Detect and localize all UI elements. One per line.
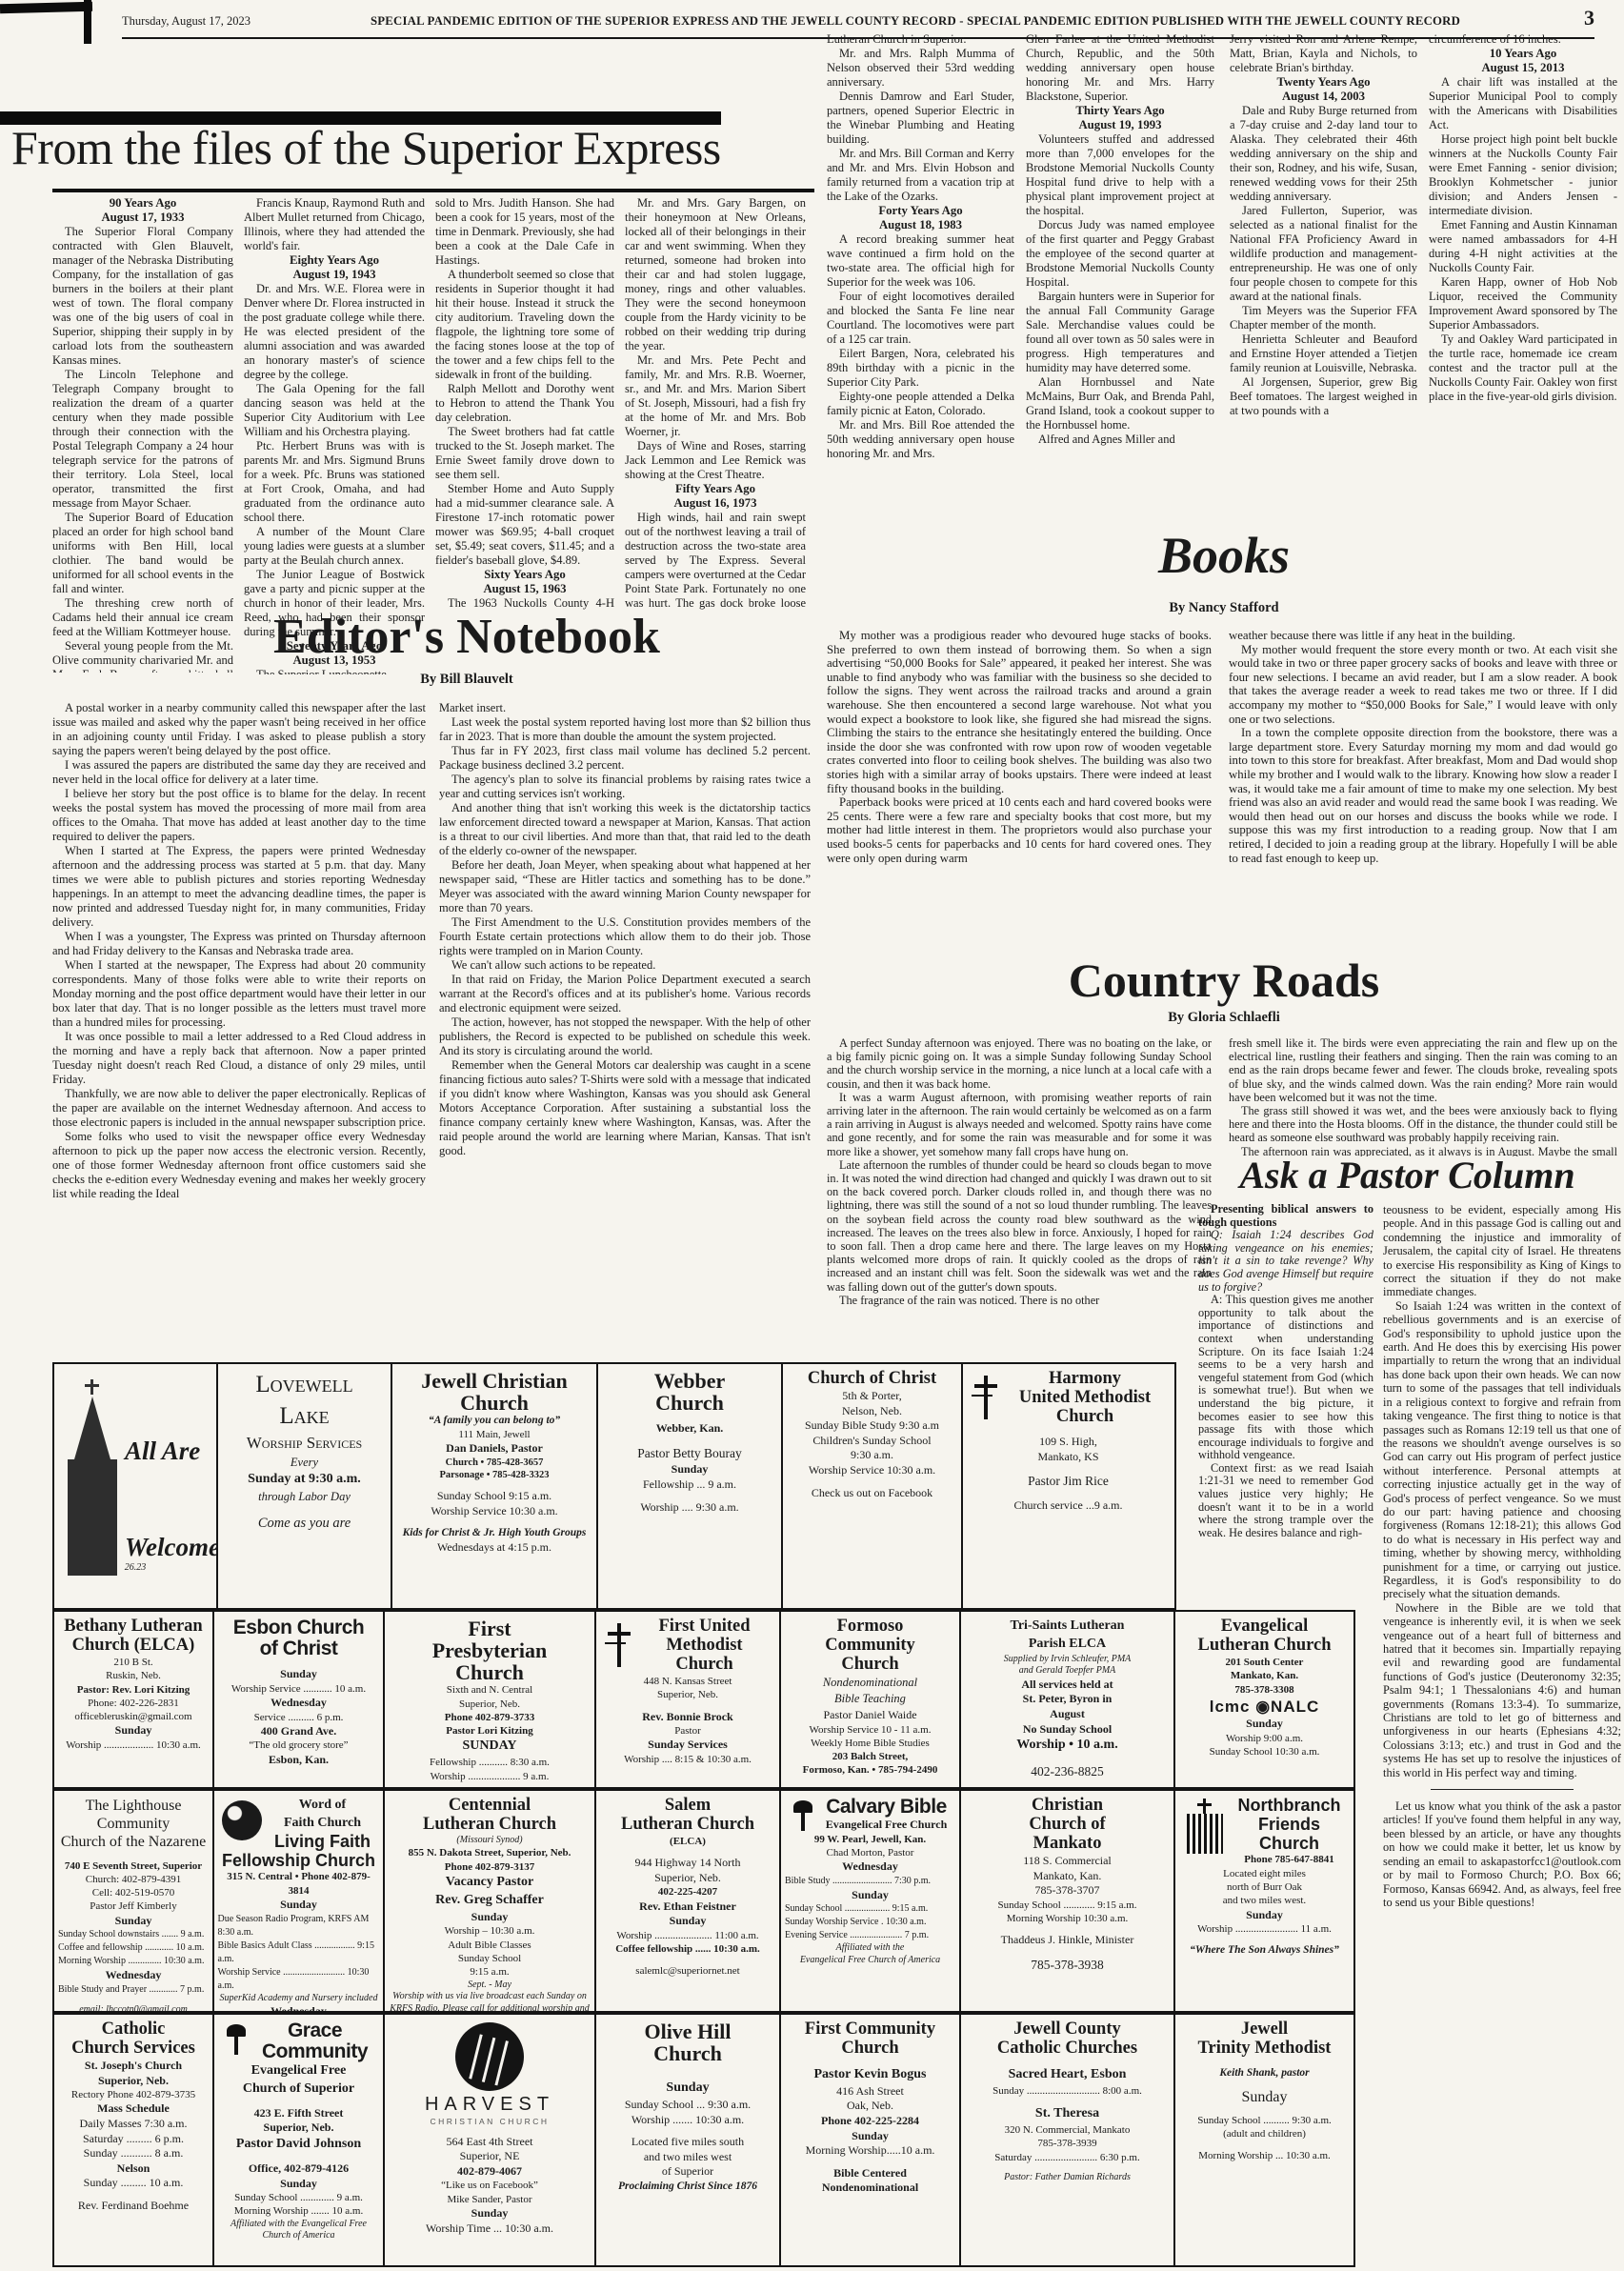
umc-icon [603,1623,632,1667]
ad-line: Vacancy Pastor [389,1874,591,1892]
ad-line: Sunday [218,2177,380,2192]
country-roads-byline: By Gloria Schlaefli [857,1010,1591,1026]
ad-line: Bible Teaching [785,1691,955,1708]
editors-notebook-byline: By Bill Blauvelt [171,672,762,688]
ad-line: Bible Study and Prayer ............ 7 p.… [58,1983,209,1997]
ad-line: of Christ [218,1638,380,1659]
ad-line [600,2127,776,2135]
ad-line [965,2164,1171,2172]
ad-line: 944 Highway 14 North [600,1856,776,1871]
editors-notebook-title: Editor's Notebook [171,609,762,665]
paragraph: The Lincoln Telephone and Telegraph Comp… [52,368,233,511]
ad-line: 9:30 a.m. [787,1448,957,1463]
ad-line: Sunday School ............ 9:15 a.m. [965,1899,1171,1912]
paragraph: Ptc. Herbert Bruns was with is parents M… [244,439,425,525]
paragraph: Lutheran Church in Superior. [827,32,1014,47]
ad-line: Church of Superior [218,2080,380,2099]
ad-line: 315 N. Central • Phone 402-879-3814 [218,1870,380,1898]
paragraph: Glen Farlee at the United Methodist Chur… [1026,32,1214,104]
masthead-title: SPECIAL PANDEMIC EDITION OF THE SUPERIOR… [289,14,1542,29]
books-title: Books [857,526,1591,585]
ad-line: Sunday [58,1723,209,1738]
church-ad: Olive HillChurchSundaySunday School ... … [594,2013,782,2267]
ad-line: 423 E. Fifth Street [218,2106,380,2121]
paragraph: Eighty-one people attended a Delka famil… [827,390,1014,418]
church-ad: ChristianChurch ofMankato118 S. Commerci… [959,1789,1176,2013]
paragraph: weather because there was little if any … [1229,629,1617,643]
ad-line: Parsonage • 785-428-3323 [396,1469,592,1481]
ad-line: Christian [965,1797,1171,1816]
church-ad: HarmonyUnited MethodistChurch109 S. High… [961,1362,1176,1610]
ad-line: Saturday ........................ 6:30 p… [965,2151,1171,2164]
ad-line [1179,2080,1350,2088]
from-files-col4: Mr. and Mrs. Gary Bargen, on their honey… [625,196,806,612]
ad-line [389,2127,591,2135]
paragraph: The agency's plan to solve its financial… [439,773,811,801]
ad-line [396,1518,592,1526]
paragraph: When I was a youngster, The Express was … [52,930,426,958]
ad-line: Lutheran Church [1179,1637,1350,1656]
paragraph: Dale and Ruby Burge returned from a 7-da… [1230,104,1417,204]
church-ad: SalemLutheran Church(ELCA)944 Highway 14… [594,1789,782,2013]
paragraph: Ty and Oakley Ward participated in the t… [1429,332,1617,404]
paragraph: Q: Isaiah 1:24 describes God taking veng… [1198,1229,1373,1294]
ad-line: Wednesdays at 4:15 p.m. [396,1540,592,1556]
ad-line: Jewell [1179,2020,1350,2040]
ad-line: Church of the Nazarene [58,1833,209,1851]
paragraph: Volunteers stuffed and addressed more th… [1026,132,1214,218]
ad-line: Evangelical Free Church of America [785,1955,955,1967]
ad-line: Evangelical [1179,1618,1350,1637]
paragraph: A thunderbolt seemed so close that resid… [435,268,614,382]
ad-line: Pastor Jim Rice [967,1472,1171,1491]
ad-line: Sunday [389,1910,591,1925]
ad-line: (ELCA) [600,1835,776,1848]
paragraph: Mr. and Mrs. Ralph Mumma of Nelson obser… [827,47,1014,90]
paragraph: My mother was a prodigious reader who de… [827,629,1212,795]
ad-line: Church of Christ [787,1370,957,1389]
church-ads-row4: CatholicChurch ServicesSt. Joseph's Chur… [52,2013,1370,2267]
ad-line: 203 Balch Street, [785,1750,955,1763]
ad-line: SuperKid Academy and Nursery included [218,1993,380,2005]
paragraph: I was assured the papers are distributed… [52,758,426,787]
paragraph: Last week the postal system reported hav… [439,715,811,744]
ad-line [602,1493,778,1500]
ad-line: Worship ................... 10:30 a.m. [58,1738,209,1752]
books-col1: My mother was a prodigious reader who de… [827,629,1212,951]
newspaper-page: Thursday, August 17, 2023 SPECIAL PANDEM… [0,0,1624,2271]
ad-line: Church [600,2042,776,2064]
ad-line: Nelson, Neb. [787,1404,957,1419]
ad-line: Sept. - May [389,1980,591,1992]
ad-line: Lutheran Church [389,1816,591,1835]
church-ad: Grace CommunityEvangelical FreeChurch of… [212,2013,386,2267]
ink-smudge [0,2,92,14]
ad-line: Sunday [785,1888,955,1903]
ad-line: Sixth and N. Central [389,1683,591,1697]
headline-rule [52,189,814,192]
ad-line: Superior, NE [389,2149,591,2164]
ad-line: Wednesday [785,1859,955,1875]
ad-line [218,2099,380,2106]
ad-line: Evangelical Free [218,2062,380,2080]
books-byline: By Nancy Stafford [857,600,1591,616]
ad-line: Church of [965,1816,1171,1835]
ad-line: Rev. Ferdinand Boehme [58,2199,209,2214]
ad-line [600,2064,776,2072]
paragraph: Context first: as we read Isaiah 1:21-31… [1198,1462,1373,1540]
ad-line: Phone 402-879-3137 [389,1860,591,1874]
ad-line: Phone: 402-226-2831 [58,1697,209,1710]
paragraph: The Sweet brothers had fat cattle trucke… [435,425,614,482]
church-ads-row3: The Lighthouse CommunityChurch of the Na… [52,1789,1370,2013]
ad-line: and two miles west [600,2150,776,2165]
from-files-title: From the files of the Superior Express [11,120,816,175]
ad-line: Sunday [600,2080,776,2098]
ad-line: Service .......... 6 p.m. [218,1711,380,1724]
paragraph: Emet Fanning and Austin Kinnaman were na… [1429,218,1617,275]
ad-line: Pastor Daniel Waide [785,1708,955,1723]
ad-line: Sunday [389,2206,591,2221]
ad-line: Keith Shank, pastor [1179,2066,1350,2080]
church-ad: Bethany LutheranChurch (ELCA)210 B St.Ru… [52,1610,214,1789]
ad-line: Wednesday [58,1968,209,1983]
ad-line: 99 W. Pearl, Jewell, Kan. [785,1833,955,1846]
paragraph: Mr. and Mrs. Bill Corman and Kerry and M… [827,147,1014,204]
ad-line: through Labor Day [222,1489,388,1506]
paragraph [1431,1789,1574,1790]
date-heading: Eighty Years Ago August 19, 1943 [244,253,425,282]
ad-line [600,1957,776,1964]
ad-line: Saturday ......... 6 p.m. [58,2132,209,2147]
ad-line: Sunday School downstairs ....... 9 a.m. [58,1928,209,1941]
paragraph: Nowhere in the Bible are we told that ve… [1383,1601,1621,1779]
ad-line: Sunday [602,1462,778,1477]
paragraph: When I started at The Express, the paper… [52,844,426,930]
ad-line: Worship .................... 9 a.m. [389,1770,591,1783]
paragraph: Four of eight locomotives derailed and b… [827,290,1014,347]
ad-line: Church • 785-428-3657 [396,1457,592,1469]
ad-line: Bible Centered [785,2166,955,2181]
church-ad: FirstPresbyterianChurchSixth and N. Cent… [383,1610,596,1789]
ad-line: of Superior [600,2164,776,2180]
ad-line: Worship .... 9:30 a.m. [602,1500,778,1516]
ad-line: Coffee fellowship ...... 10:30 a.m. [600,1942,776,1956]
ad-line: Every [222,1455,388,1472]
ad-line: Worship Service ........................… [218,1966,380,1993]
ad-line: Webber, Kan. [602,1421,778,1437]
ad-line: Proclaiming Christ Since 1876 [600,2180,776,2194]
ad-line: Salem [600,1797,776,1816]
ad-line: Worship Service ........... 10 a.m. [218,1682,380,1696]
ad-line: 402-879-4067 [389,2164,591,2180]
ad-line [600,1702,776,1710]
ad-line: “A family you can belong to” [396,1414,592,1428]
paragraph: Alan Hornbussel and Nate McMains, Burr O… [1026,375,1214,432]
ad-line: Sunday School 10:30 a.m. [1179,1745,1350,1759]
ad-line: Due Season Radio Program, KRFS AM 8:30 a… [218,1913,380,1939]
ad-line: Sunday at 9:30 a.m. [222,1471,388,1489]
ad-line: Adult Bible Classes [389,1939,591,1952]
ad-line: Sunday Services [600,1738,776,1753]
from-files-col6: Glen Farlee at the United Methodist Chur… [1026,32,1214,575]
ad-line: Affiliated with the [785,1942,955,1955]
ad-line: Mass Schedule [58,2101,209,2117]
ad-line: Morning Worship.....10 a.m. [785,2143,955,2159]
church-ad: JewellTrinity MethodistKeith Shank, past… [1173,2013,1355,2267]
ad-line: Sunday Worship Service . 10:30 a.m. [785,1916,955,1929]
ad-line: Pastor Kevin Bogus [785,2066,955,2084]
ad-line: Webber [602,1370,778,1392]
umc-icon [970,1376,998,1419]
ad-line: First [389,1618,591,1639]
ad-line: Esbon Church [218,1618,380,1638]
ad-line [600,1848,776,1856]
ad-line: Morning Worship .............. 10:30 a.m… [58,1955,209,1968]
ad-line: Church (ELCA) [58,1637,209,1656]
paragraph: Al Jorgensen, Superior, grew Big Beef to… [1230,375,1417,418]
paragraph: A chair lift was installed at the Superi… [1429,75,1617,132]
ad-line: Rev. Bonnie Brock [600,1710,776,1725]
ad-line: Nondenominational [785,1675,955,1692]
ad-line: 416 Ash Street [785,2084,955,2100]
ad-line: Community [785,1637,955,1656]
church-ad: First CommunityChurchPastor Kevin Bogus4… [779,2013,961,2267]
ad-line: SUNDAY [389,1738,591,1756]
ad-line: Church Services [58,2040,209,2059]
paragraph: Mr. and Mrs. Gary Bargen, on their honey… [625,196,806,353]
church-ad: CatholicChurch ServicesSt. Joseph's Chur… [52,2013,214,2267]
church-ad: LovewellLakeWorship ServicesEverySunday … [216,1362,393,1610]
ad-line: Mankato, Kan. [965,1869,1171,1884]
ad-line: Phone 785-647-8841 [1179,1853,1350,1866]
paragraph: Mr. and Mrs. Pete Pecht and family, Mr. … [625,353,806,439]
from-files-col7: Jerry visited Ron and Arlene Rempe, Matt… [1230,32,1417,526]
paragraph: Jerry visited Ron and Arlene Rempe, Matt… [1230,32,1417,75]
ad-line: Sunday [785,2129,955,2144]
ad-line: Bethany Lutheran [58,1618,209,1637]
ad-line [1179,2059,1350,2066]
books-col2: weather because there was little if any … [1229,629,1617,951]
ad-line: Mankato, KS [967,1450,1171,1465]
paragraph: A: This question gives me another opport… [1198,1294,1373,1462]
ad-line: Lake [222,1401,388,1433]
ad-line: 109 S. High, [967,1435,1171,1450]
paragraph: Dorcus Judy was named employee of the fi… [1026,218,1214,290]
ad-line: Sunday ............................ 8:00… [965,2084,1171,2098]
ad-line: Sunday School ............. 9 a.m. [218,2191,380,2204]
ad-line: Formoso [785,1618,955,1637]
church-ad: WebberChurchWebber, Kan.Pastor Betty Bou… [596,1362,784,1610]
ad-line: 564 East 4th Street [389,2135,591,2150]
ad-line: Affiliated with the Evangelical Free Chu… [218,2219,380,2242]
paragraph: Alfred and Agnes Miller and [1026,432,1214,447]
ad-line: Wednesday [218,2004,380,2013]
church-ad: NorthbranchFriends ChurchPhone 785-647-8… [1173,1789,1355,2013]
ad-line [787,1478,957,1486]
ad-line: Located eight miles [1179,1867,1350,1880]
ad-line [967,1491,1171,1498]
ad-line: CHRISTIAN CHURCH [389,2117,591,2127]
paragraph: The action, however, has not stopped the… [439,1015,811,1058]
ad-line: “Where The Son Always Shines” [1179,1943,1350,1958]
ad-line: Pastor Betty Bouray [602,1444,778,1463]
ad-line: Sunday School 9:15 a.m. [396,1489,592,1504]
church-line-icon [62,1379,123,1583]
ad-line: Church [396,1392,592,1414]
date-heading: 90 Years Ago August 17, 1933 [52,196,233,225]
paragraph: Tim Meyers was the Superior FFA Chapter … [1230,304,1417,332]
ad-line: Sunday [58,1914,209,1929]
ad-line: Church [785,2040,955,2059]
ad-line: 320 N. Commercial, Mankato [965,2123,1171,2137]
paragraph: It was a warm August afternoon, with pro… [827,1091,1212,1158]
date-heading: Thirty Years Ago August 19, 1993 [1026,104,1214,132]
ad-line: 402-236-8825 [965,1762,1171,1781]
ad-line: Jewell County [965,2020,1171,2040]
church-ad: EvangelicalLutheran Church201 South Cent… [1173,1610,1355,1789]
church-ad: Calvary BibleEvangelical Free Church99 W… [779,1789,961,2013]
ad-line: Phone 402-879-3733 [389,1711,591,1724]
date-heading: Fifty Years Ago August 16, 1973 [625,482,806,511]
ad-line: Sunday [600,1914,776,1929]
ad-line [965,2059,1171,2066]
ad-line: 785-378-3938 [965,1956,1171,1975]
paragraph: Thankfully, we are now able to deliver t… [52,1087,426,1130]
paragraph: A perfect Sunday afternoon was enjoyed. … [827,1036,1212,1091]
ad-line: All services held at [965,1678,1171,1693]
ad-line: Worship ...................... 11:00 a.m… [600,1929,776,1942]
ad-line: Catholic Churches [965,2040,1171,2059]
church-ad: Church of Christ5th & Porter,Nelson, Neb… [781,1362,963,1610]
ad-line: Presbyterian [389,1639,591,1661]
efca-icon [791,1800,815,1831]
ad-line: Cell: 402-519-0570 [58,1886,209,1899]
ad-line: No Sunday School [965,1722,1171,1738]
ad-line: Church [602,1392,778,1414]
ad-line [396,1481,592,1489]
ad-line: Nondenominational [785,2181,955,2196]
ad-line: Mankato, Kan. [1179,1669,1350,1682]
ad-line [602,1437,778,1444]
ad-line: 111 Main, Jewell [396,1428,592,1441]
ad-line: Superior, Neb. [600,1871,776,1886]
paragraph: Mr. and Mrs. Bill Roe attended the 50th … [827,418,1014,461]
wheat-icon [455,2022,524,2091]
country-roads-col1: A perfect Sunday afternoon was enjoyed. … [827,1036,1212,1358]
ad-line: officebleruskin@gmail.com [58,1710,209,1723]
ad-line [965,1755,1171,1762]
ad-line: 740 E Seventh Street, Superior [58,1859,209,1873]
ad-line: Morning Worship 10:30 a.m. [965,1912,1171,1925]
ad-line [785,2159,955,2166]
ad-line: Mike Sander, Pastor [389,2193,591,2206]
ad-line: Fellowship Church [218,1852,380,1871]
ad-line: 855 N. Dakota Street, Superior, Neb. [389,1846,591,1859]
paragraph: Jared Fullerton, Superior, was selected … [1230,204,1417,304]
ask-pastor-col1: Presenting biblical answers to tough que… [1198,1203,1373,1608]
ad-line: Phone 402-225-2284 [785,2114,955,2129]
from-files-col2: Francis Knaup, Raymond Ruth and Albert M… [244,196,425,674]
paragraph: Horse project high point belt buckle win… [1429,132,1617,218]
paragraph: Remember when the General Motors car dea… [439,1058,811,1158]
ad-line: Sunday School ... 9:30 a.m. [600,2098,776,2113]
ad-line: 785-378-3707 [965,1883,1171,1899]
church-ad: Jewell CountyCatholic ChurchesSacred Hea… [959,2013,1176,2267]
from-files-col3: sold to Mrs. Judith Hanson. She had been… [435,196,614,612]
ad-line: Sunday School .......... 9:30 a.m. [1179,2114,1350,2127]
page-number: 3 [1542,6,1594,30]
ad-line: Located five miles south [600,2135,776,2150]
ad-line: Worship Service 10 - 11 a.m. [785,1723,955,1737]
ad-line: Worship 9:00 a.m. [1179,1732,1350,1745]
ad-line: 400 Grand Ave. [218,1724,380,1739]
ad-line: 201 South Center [1179,1656,1350,1669]
paragraph: circumference of 16 inches. [1429,32,1617,47]
ad-line [58,1997,209,2004]
ad-line [1179,2141,1350,2149]
ad-line: 785-378-3939 [965,2137,1171,2150]
church-ads-row1: All AreWelcome!26.23LovewellLakeWorship … [52,1362,1188,1610]
paragraph: sold to Mrs. Judith Hanson. She had been… [435,196,614,268]
ad-line: Sacred Heart, Esbon [965,2066,1171,2084]
paragraph: So Isaiah 1:24 was written in the contex… [1383,1299,1621,1601]
paragraph: In that raid on Friday, the Marion Polic… [439,973,811,1015]
ad-line: Sunday ........... 8 a.m. [58,2146,209,2161]
efca-icon [224,2024,249,2055]
ad-line: Sunday School [389,1952,591,1965]
church-ad: Word ofFaith ChurchLiving FaithFellowshi… [212,1789,386,2013]
ad-line: 5th & Porter, [787,1389,957,1404]
globe-icon [222,1800,262,1840]
ad-line [600,2072,776,2080]
ad-line: Church: 402-879-4391 [58,1873,209,1886]
ad-line: Superior, Neb. [389,1698,591,1711]
ad-line: 118 S. Commercial [965,1854,1171,1869]
church-ads-row2: Bethany LutheranChurch (ELCA)210 B St.Ru… [52,1610,1370,1789]
ad-line: Sunday ......... 10 a.m. [58,2176,209,2191]
ad-line: Ruskin, Neb. [58,1669,209,1682]
ad-line: Tri-Saints Lutheran [965,1618,1171,1636]
ad-line: Sunday [218,1667,380,1682]
ad-line: (Missouri Synod) [389,1835,591,1847]
date-heading: Twenty Years Ago August 14, 2003 [1230,75,1417,104]
ad-line: “Like us on Facebook” [389,2179,591,2192]
paragraph: The Superior Board of Education placed a… [52,511,233,596]
ad-line [218,2154,380,2161]
from-files-col5: Lutheran Church in Superior.Mr. and Mrs.… [827,32,1014,575]
paragraph: A number of the Mount Clare young ladies… [244,525,425,568]
ad-line: Supplied by Irvin Schleufer, PMA [965,1654,1171,1666]
paragraph: Francis Knaup, Raymond Ruth and Albert M… [244,196,425,253]
ad-line: Pastor Lori Kitzing [389,1724,591,1738]
paragraph: And another thing that isn't working thi… [439,801,811,858]
ad-line: Formoso, Kan. • 785-794-2490 [785,1763,955,1777]
ad-line: 402-225-4207 [600,1885,776,1899]
ad-line: Superior, Neb. [600,1688,776,1701]
ad-line: Daily Masses 7:30 a.m. [58,2117,209,2132]
ad-line: Rev. Greg Schaffer [389,1892,591,1910]
church-ad: Esbon Churchof ChristSundayWorship Servi… [212,1610,386,1789]
ad-line: Children's Sunday School [787,1434,957,1449]
ad-line: Fellowship ........... 8:30 a.m. [389,1756,591,1769]
church-ad: Tri-Saints LutheranParish ELCASupplied b… [959,1610,1176,1789]
paragraph: The First Amendment to the U.S. Constitu… [439,915,811,958]
paragraph: fresh smell like it. The birds were even… [1229,1036,1617,1104]
ad-line [602,1414,778,1421]
paragraph: A record breaking summer heat wave conti… [827,232,1014,290]
ad-line [218,1659,380,1667]
